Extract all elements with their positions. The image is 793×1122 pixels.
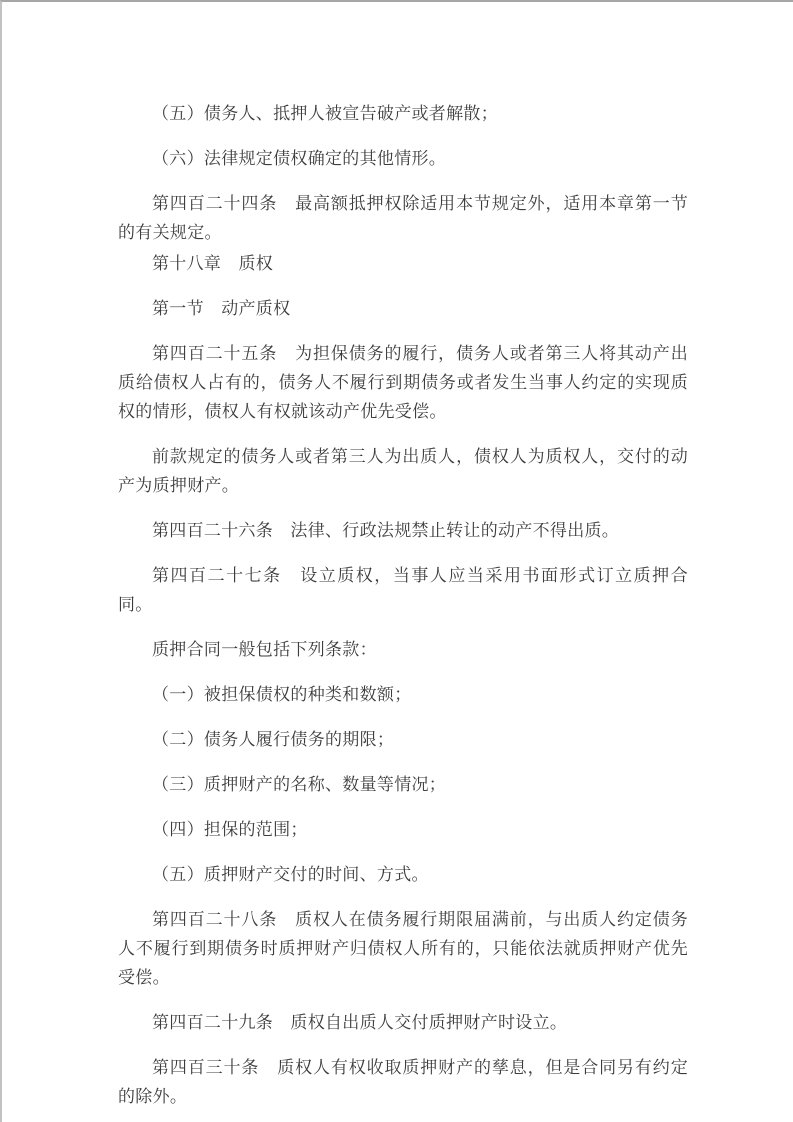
article-427-text: 第四百二十七条 设立质权，当事人应当采用书面形式订立质押合同。 xyxy=(118,561,688,619)
clause-item-1-pledge: （一）被担保债权的种类和数额； xyxy=(118,680,688,709)
clause-item-5-pledge: （五）质押财产交付的时间、方式。 xyxy=(118,860,688,889)
document-page: （五）债务人、抵押人被宣告破产或者解散； （六）法律规定债权确定的其他情形。 第… xyxy=(0,0,793,1122)
clause-item-5-mortgage: （五）债务人、抵押人被宣告破产或者解散； xyxy=(118,99,688,128)
article-430-text: 第四百三十条 质权人有权收取质押财产的孳息，但是合同另有约定的除外。 xyxy=(118,1053,688,1111)
chapter-18-heading: 第十八章 质权 xyxy=(118,249,688,278)
clause-item-3-pledge: （三）质押财产的名称、数量等情况； xyxy=(118,770,688,799)
article-425-paragraph-2: 前款规定的债务人或者第三人为出质人，债权人为质权人，交付的动产为质押财产。 xyxy=(118,442,688,500)
clause-item-4-pledge: （四）担保的范围； xyxy=(118,815,688,844)
article-428-text: 第四百二十八条 质权人在债务履行期限届满前，与出质人约定债务人不履行到期债务时质… xyxy=(118,905,688,992)
document-body: （五）债务人、抵押人被宣告破产或者解散； （六）法律规定债权确定的其他情形。 第… xyxy=(2,2,793,1111)
section-1-heading: 第一节 动产质权 xyxy=(118,294,688,323)
pledge-contract-clauses-intro: 质押合同一般包括下列条款： xyxy=(118,635,688,664)
article-426-text: 第四百二十六条 法律、行政法规禁止转让的动产不得出质。 xyxy=(118,516,688,545)
article-425-text: 第四百二十五条 为担保债务的履行，债务人或者第三人将其动产出质给债权人占有的，债… xyxy=(118,339,688,426)
clause-item-2-pledge: （二）债务人履行债务的期限； xyxy=(118,725,688,754)
article-429-text: 第四百二十九条 质权自出质人交付质押财产时设立。 xyxy=(118,1008,688,1037)
clause-item-6-mortgage: （六）法律规定债权确定的其他情形。 xyxy=(118,144,688,173)
article-424-text: 第四百二十四条 最高额抵押权除适用本节规定外，适用本章第一节的有关规定。 xyxy=(118,189,688,247)
